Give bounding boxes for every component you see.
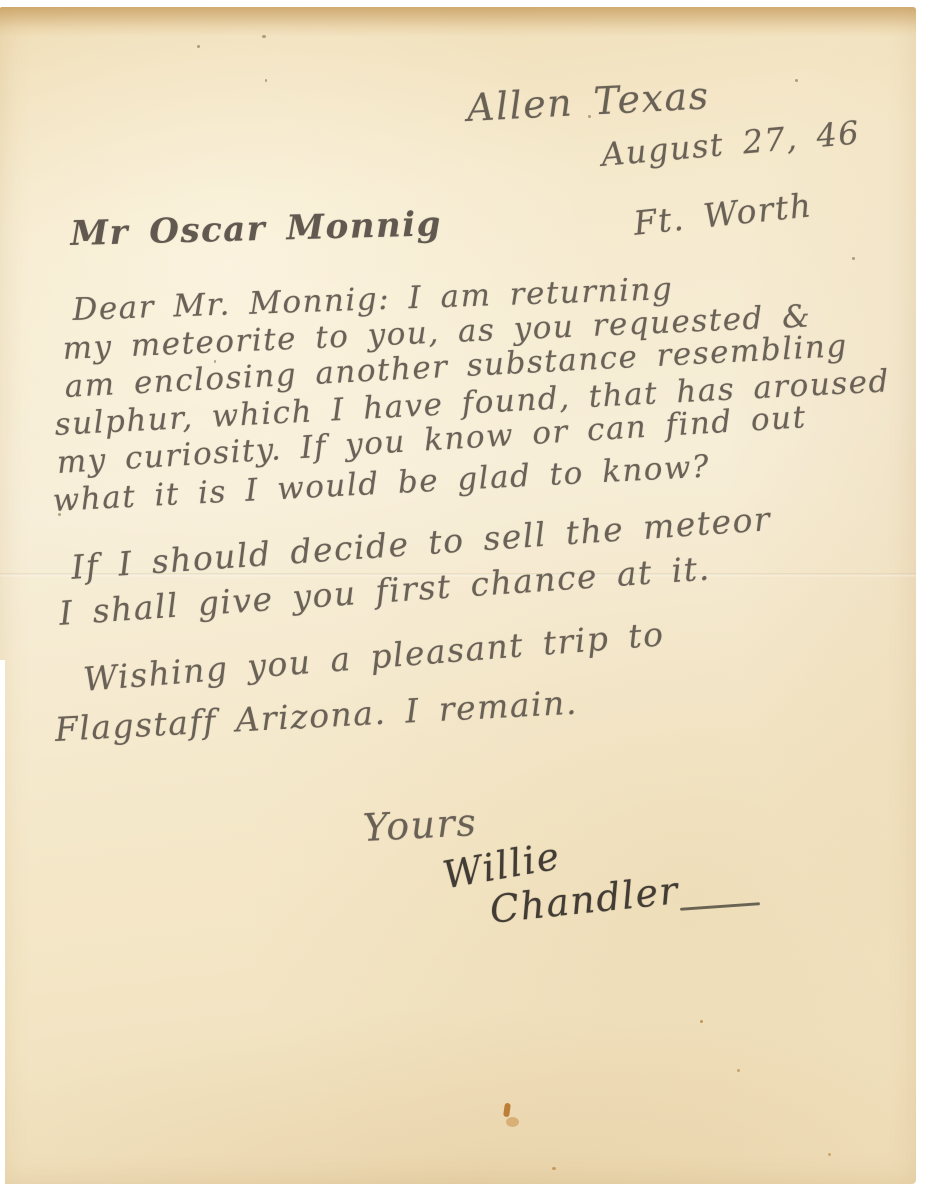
paper-torn-edge [0,7,916,37]
date-line: August 27, 46 [600,116,861,170]
recipient-name: Mr Oscar Monnig [70,207,442,251]
paper-speck [262,35,266,38]
scan-edge-sliver [0,660,5,1200]
letter-paper: Allen Texas August 27, 46 Mr Oscar Monni… [0,7,916,1184]
paper-speck [214,360,216,363]
closing-line: Yours [362,803,478,847]
paper-speck [265,79,267,82]
paper-speck [700,1020,703,1023]
paper-speck [852,257,855,260]
paper-speck [58,513,61,516]
scanned-letter: Allen Texas August 27, 46 Mr Oscar Monni… [0,0,932,1200]
paper-speck [737,1069,740,1072]
paper-speck [197,45,200,48]
paper-speck [828,1153,831,1156]
paper-speck [552,1167,556,1170]
body-line: Wishing you a pleasant trip to [82,617,666,696]
paper-speck [795,79,798,82]
signature-flourish [680,902,760,911]
stain-mark [506,1117,519,1127]
recipient-city: Ft. Worth [632,188,814,240]
stain-mark [503,1103,511,1118]
place-line: Allen Texas [466,76,710,127]
paper-speck [588,115,591,118]
